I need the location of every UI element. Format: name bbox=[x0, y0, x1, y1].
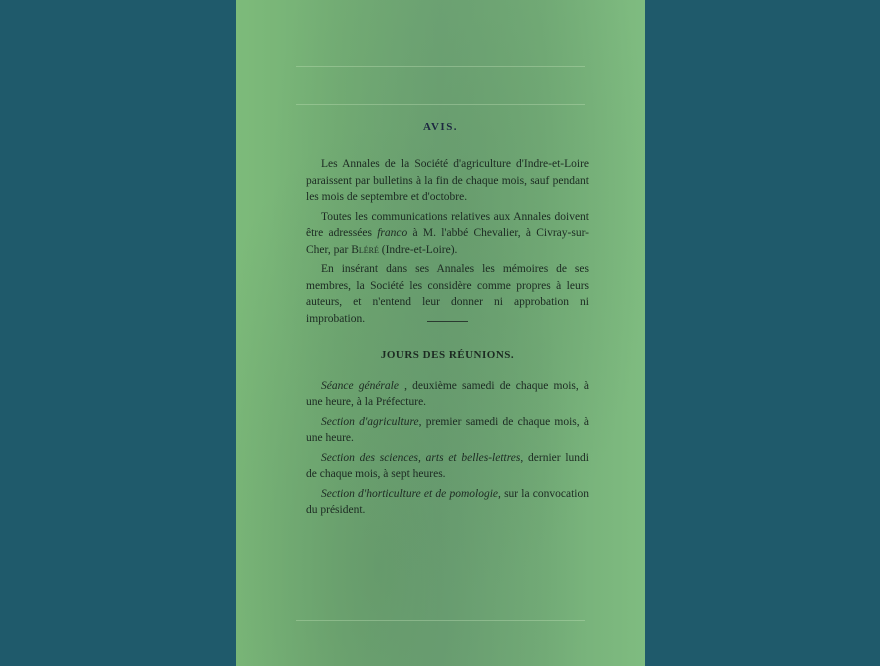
avis-paragraph-3: En insérant dans ses Annales les mémoire… bbox=[306, 261, 589, 327]
reunion-item: Séance générale , deuxième samedi de cha… bbox=[306, 378, 589, 411]
reunion-item: Section d'agriculture, premier samedi de… bbox=[306, 414, 589, 447]
paper-crease bbox=[296, 66, 585, 67]
avis-paragraph-1: Les Annales de la Société d'agriculture … bbox=[306, 156, 589, 206]
reunion-item: Section des sciences, arts et belles-let… bbox=[306, 450, 589, 483]
avis-paragraph-2: Toutes les communications relatives aux … bbox=[306, 209, 589, 259]
reunions-heading: JOURS DES RÉUNIONS. bbox=[306, 347, 589, 364]
paper-crease bbox=[296, 104, 585, 105]
reunions-section: JOURS DES RÉUNIONS. Séance générale , de… bbox=[306, 347, 589, 522]
document-page: AVIS. Les Annales de la Société d'agricu… bbox=[236, 0, 645, 666]
reunion-item: Section d'horticulture et de pomologie, … bbox=[306, 486, 589, 519]
section-divider bbox=[427, 321, 468, 322]
avis-body: Les Annales de la Société d'agriculture … bbox=[306, 156, 589, 330]
paper-crease bbox=[296, 620, 585, 621]
avis-heading: AVIS. bbox=[236, 121, 645, 133]
